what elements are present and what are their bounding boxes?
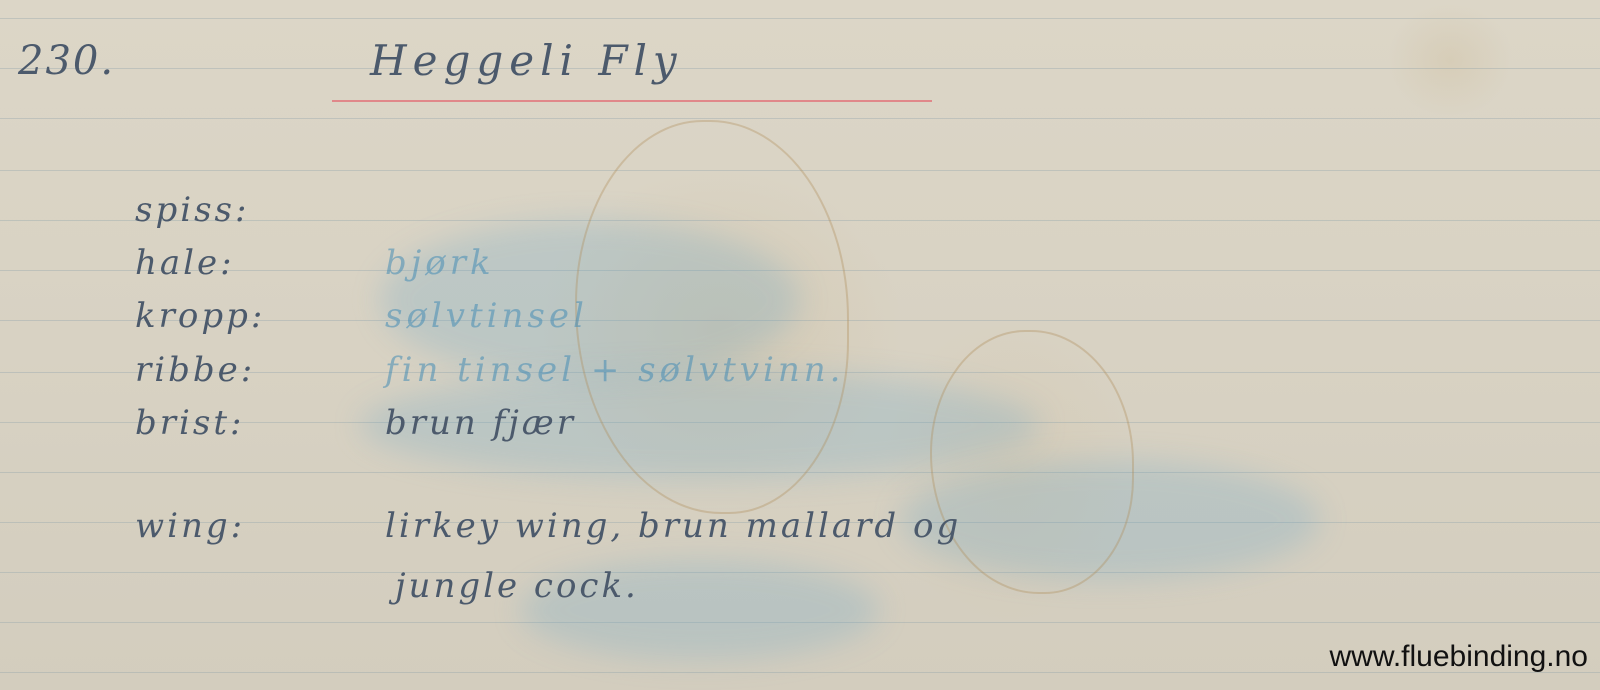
ruled-line <box>0 18 1600 19</box>
watermark: www.fluebinding.no <box>1329 640 1588 674</box>
field-value-ribbe: fin tinsel + sølvtvinn. <box>385 350 845 390</box>
field-value-kropp: sølvtinsel <box>385 296 588 336</box>
field-value-hale: bjørk <box>385 243 495 283</box>
page-title: Heggeli Fly <box>370 36 683 85</box>
field-value-brist: brun fjær <box>385 403 576 443</box>
ruled-line <box>0 68 1600 69</box>
entry-number: 230. <box>18 38 115 84</box>
field-label-brist: brist: <box>135 403 244 443</box>
field-label-wing: wing: <box>135 506 245 546</box>
title-underline <box>332 100 932 102</box>
field-label-ribbe: ribbe: <box>135 350 255 390</box>
field-label-hale: hale: <box>135 243 235 283</box>
field-label-kropp: kropp: <box>135 296 265 336</box>
notebook-page: 230. Heggeli Fly spiss: hale: bjørk krop… <box>0 0 1600 690</box>
field-label-spiss: spiss: <box>135 190 249 230</box>
field-value-wing-continuation: jungle cock. <box>395 566 639 606</box>
ruled-line <box>0 118 1600 119</box>
field-value-wing: lirkey wing, brun mallard og <box>385 506 961 546</box>
